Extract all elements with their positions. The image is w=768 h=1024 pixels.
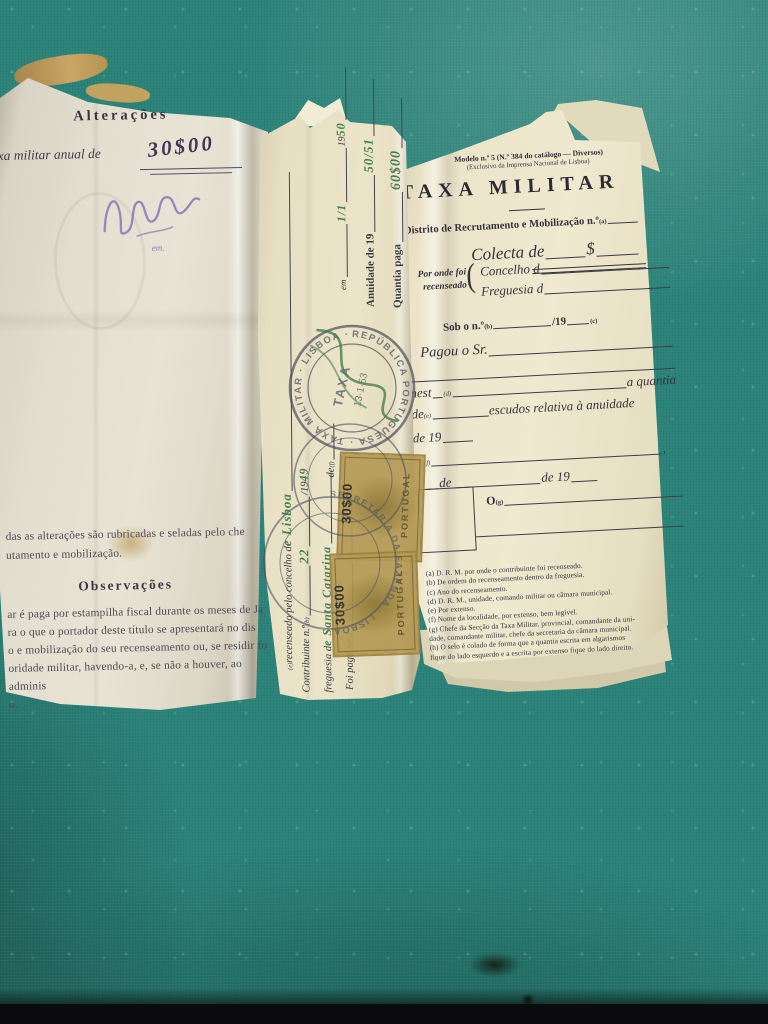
freguesia-label: Freguesia d xyxy=(481,281,544,300)
postmark-ring-text: SECRETARIA DA FAZENDA · LISBOA · xyxy=(324,489,404,637)
taxa-militar-form: Modelo n.º 5 (N.º 384 do catálogo — Dive… xyxy=(396,104,697,682)
stub-quantia-line: Quantia paga 60$00 xyxy=(388,96,406,308)
cancellation-postmark: SECRETARIA DA FAZENDA · LISBOA · xyxy=(258,420,438,642)
fabric-speck xyxy=(520,994,536,1006)
stub-em-label: em xyxy=(338,279,348,290)
svg-text:SECRETARIA DA FAZENDA · LISBOA: SECRETARIA DA FAZENDA · LISBOA · xyxy=(324,489,404,637)
currency-symbol: $ xyxy=(586,239,596,259)
photo-scene: Alterações xa militar anual de 30$00 em.… xyxy=(0,0,768,1024)
observacoes-header: Observações xyxy=(39,576,213,596)
table-edge-shadow xyxy=(0,988,768,1004)
handwritten-year: 50 xyxy=(334,122,349,136)
title-rule xyxy=(509,208,545,211)
stub-year-prefix: 19 xyxy=(337,136,348,146)
alteracoes-header: Alterações xyxy=(39,106,203,126)
footnote-ref-d: (d) xyxy=(443,391,451,398)
footnote-ref-a: (a) xyxy=(599,218,607,225)
quantia-text: a quantia xyxy=(626,372,676,391)
handwritten-anuidade: 50/51 xyxy=(361,138,377,173)
distrito-label: Distrito de Recrutamento e Mobilização n… xyxy=(404,216,600,237)
stub-date-line: em 1/1 19 50 xyxy=(333,65,350,290)
signer-line-2 xyxy=(476,524,684,538)
signer-line: O (g) xyxy=(486,483,685,508)
footnote-ref-b: (b) xyxy=(484,323,492,330)
concelho-label: Concelho d xyxy=(480,261,540,280)
comma: , xyxy=(662,441,666,456)
table-edge xyxy=(0,1004,768,1024)
handwritten-amount: 30$00 xyxy=(146,131,216,163)
form-title: TAXA MILITAR xyxy=(399,169,652,205)
o-label: O xyxy=(486,493,496,508)
alterations-paragraph: das as alterações são rubricadas e selad… xyxy=(5,522,268,564)
por-onde-label: Por onde foi recenseado xyxy=(404,267,467,296)
escudos-text: escudos relativa à anuidade xyxy=(489,395,635,419)
sob-year: /19 xyxy=(552,315,567,328)
form-footnotes: (a) D. R. M. por onde o contribuinte foi… xyxy=(426,555,695,662)
stub-quantia-label: Quantia paga xyxy=(391,244,404,308)
sob-label: Sob o n.º xyxy=(443,320,485,334)
taxa-anual-label: xa militar anual de xyxy=(0,146,101,163)
distrito-line: Distrito de Recrutamento e Mobilização n… xyxy=(404,212,666,237)
observacoes-paragraph: ar é paga por estampilha fiscal durante … xyxy=(7,600,275,714)
amount-underline xyxy=(140,167,242,170)
stub-anuidade-line: Anuidade de 19 50/51 xyxy=(360,77,378,307)
pagou-label: Pagou o Sr. xyxy=(420,342,488,362)
sob-line: Sob o n.º (b) /19 (c) xyxy=(443,311,645,334)
signature-note: em. xyxy=(152,243,165,253)
handwritten-quantia: 60$00 xyxy=(389,150,405,190)
pagou-line: Pagou o Sr. xyxy=(420,332,675,362)
fabric-smudge xyxy=(468,952,522,978)
footnote-ref-e: (e) xyxy=(287,663,294,670)
taxa-anual-line: xa militar anual de 30$00 xyxy=(0,143,258,164)
paragraph-line: oridade militar, havendo-a, e, se não a … xyxy=(8,654,275,696)
date-de19: de 19 xyxy=(541,468,570,485)
stub-anuidade-label: Anuidade de 19 xyxy=(364,234,377,307)
footnote-ref-c: (c) xyxy=(590,318,598,325)
left-page-content: Alterações xa militar anual de 30$00 em.… xyxy=(0,70,283,716)
footnote-ref-g: (g) xyxy=(495,499,503,506)
handwritten-day-month: 1/1 xyxy=(334,204,349,222)
